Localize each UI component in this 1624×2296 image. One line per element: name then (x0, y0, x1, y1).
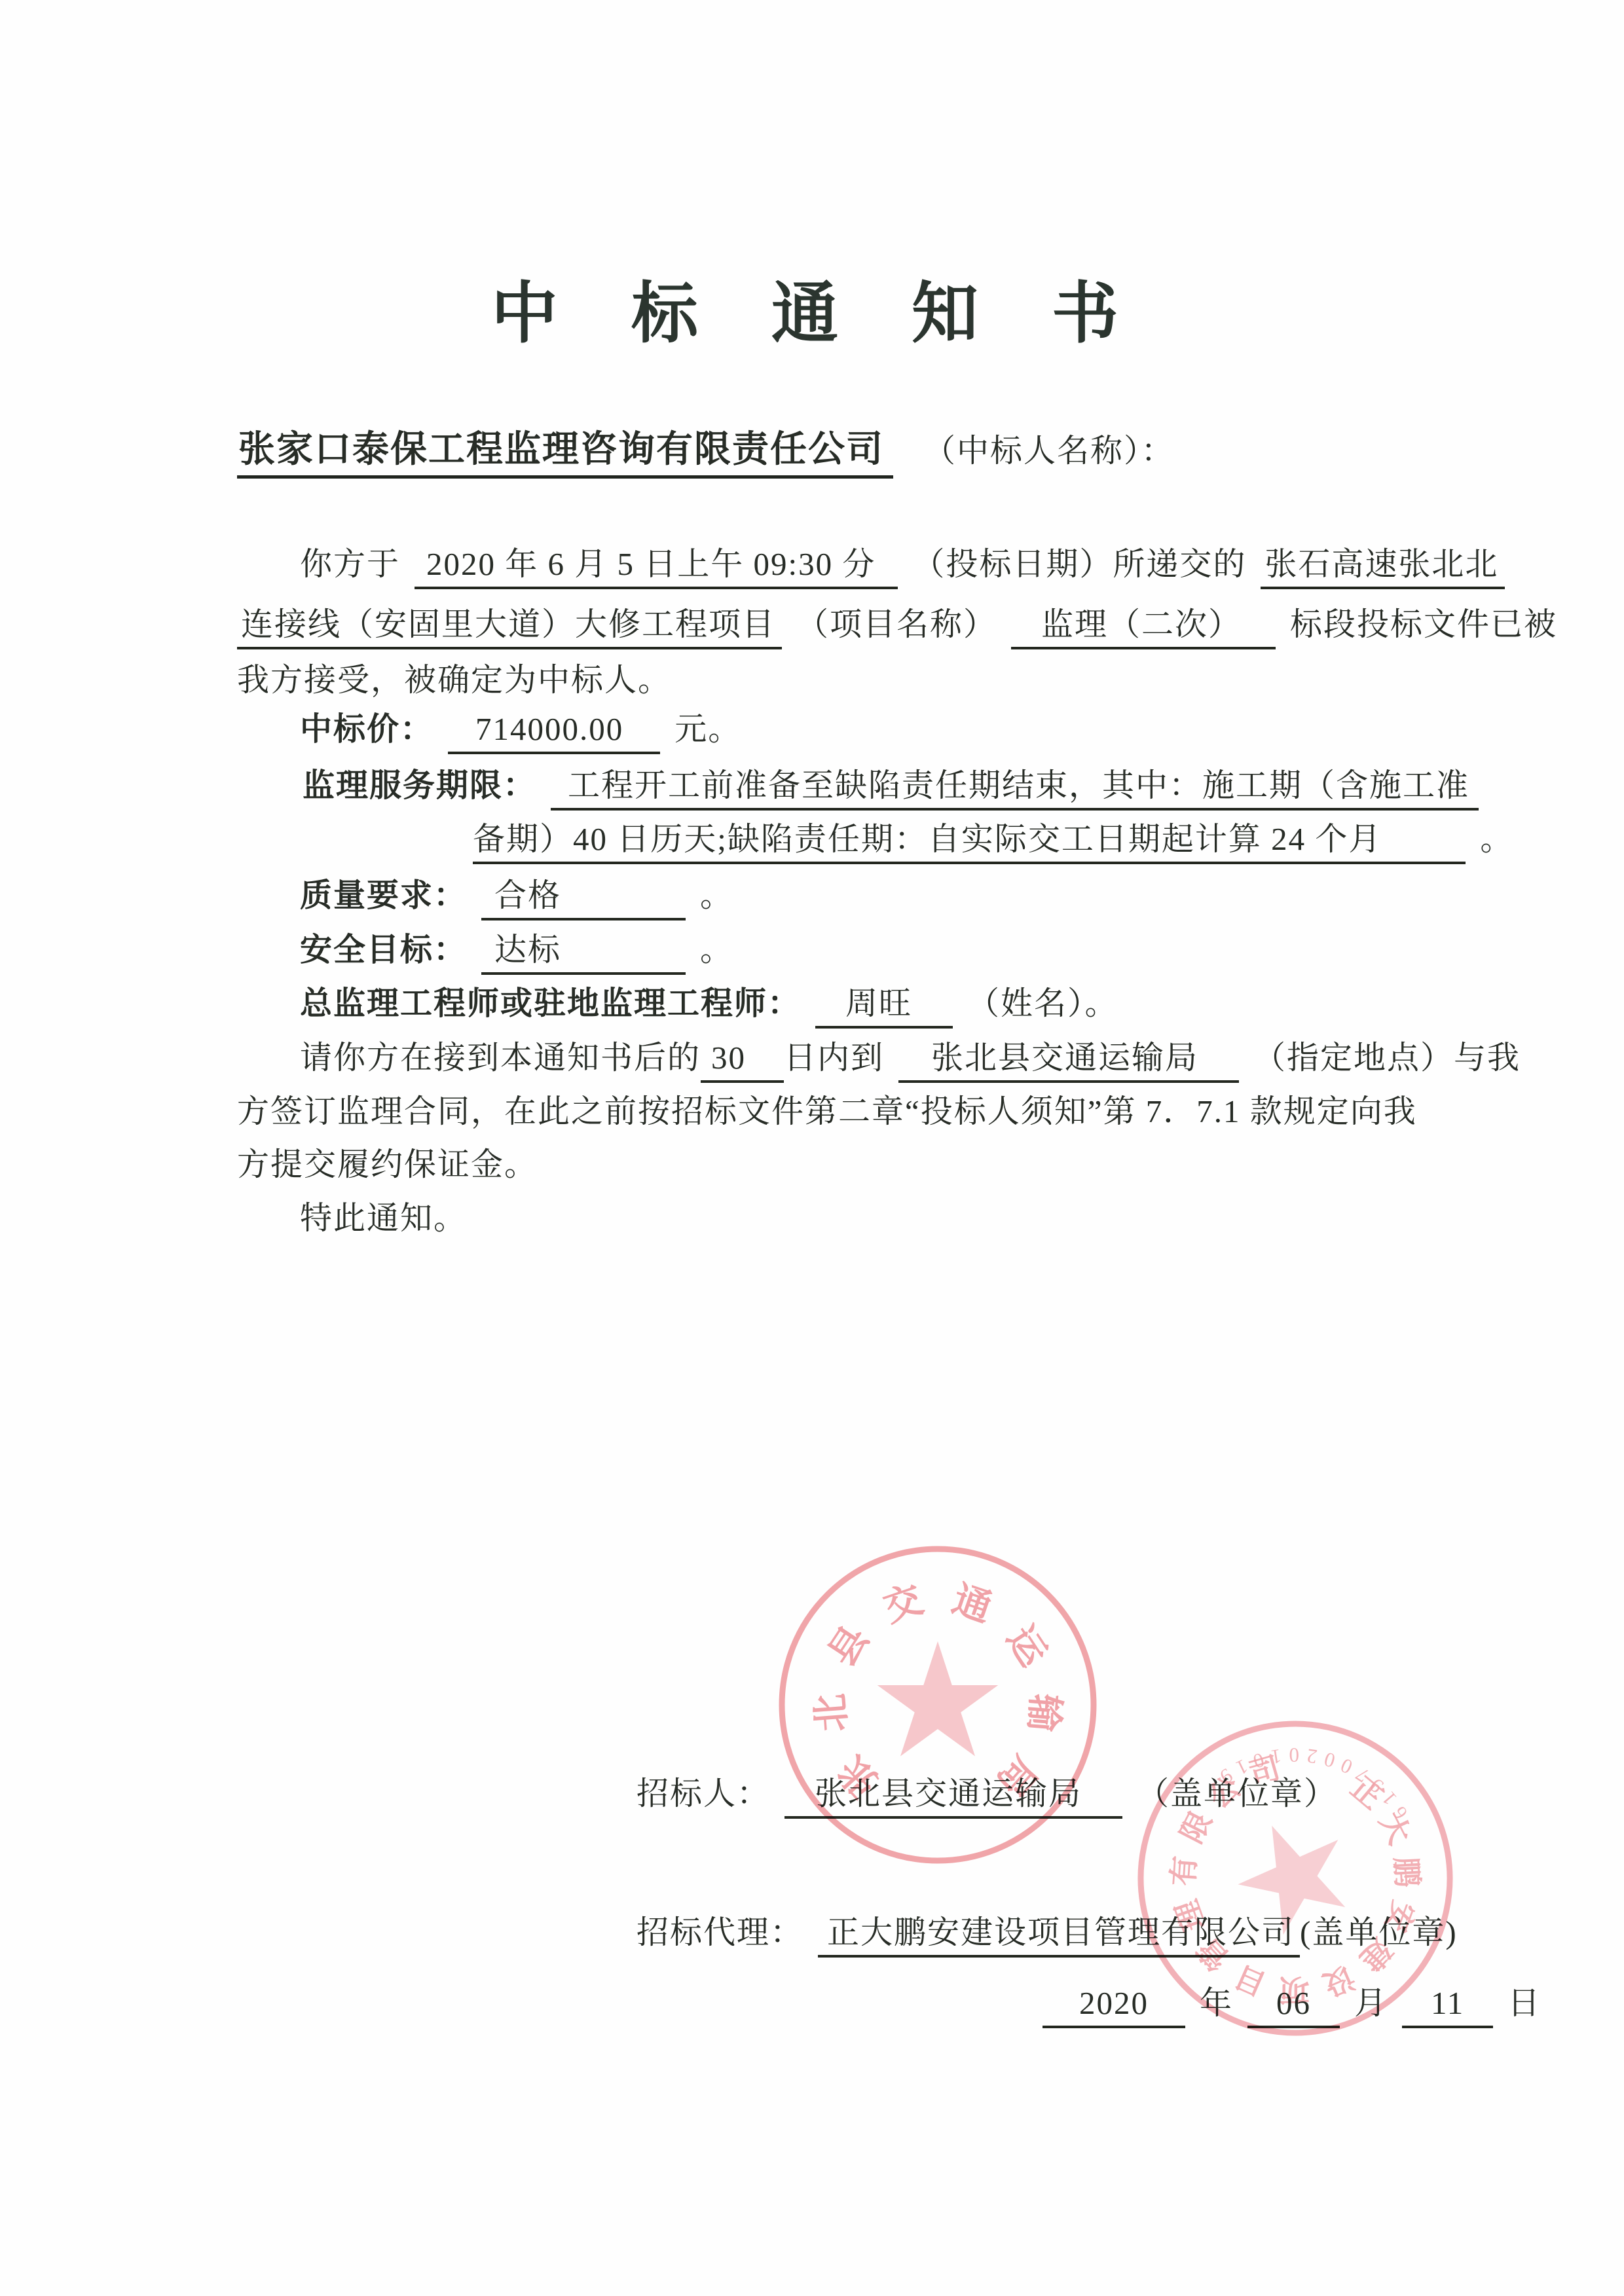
svg-text:0: 0 (1321, 1747, 1338, 1772)
safety-label: 安全目标： (300, 932, 467, 968)
svg-text:7: 7 (1352, 1762, 1373, 1787)
date-month: 06 (1247, 1985, 1340, 2028)
svg-text:大: 大 (1373, 1808, 1416, 1850)
date-year: 2020 (1043, 1985, 1185, 2028)
date-month-unit: 月 (1354, 1985, 1388, 2021)
svg-text:0: 0 (1251, 1748, 1267, 1773)
quality-suffix: 。 (700, 877, 733, 913)
award-notice-document: 中标通知书 张家口泰保工程监理咨询有限责任公司（中标人名称）： 你方于2020 … (0, 0, 1624, 2296)
notice-line1: 请你方在接到本通知书后的30日内到张北县交通运输局（指定地点）与我 (300, 1036, 1521, 1081)
safety-line: 安全目标：达标。 (300, 928, 733, 973)
svg-text:2: 2 (1306, 1744, 1319, 1768)
svg-text:1: 1 (1377, 1787, 1401, 1810)
svg-text:交: 交 (878, 1578, 928, 1630)
price-value: 714000.00 (448, 711, 660, 754)
service-period-label: 监理服务期限： (303, 767, 536, 803)
section-name: 监理（二次） (1011, 606, 1276, 649)
svg-text:6: 6 (1387, 1803, 1412, 1824)
quality-value: 合格 (481, 877, 686, 920)
notice-pre: 请你方在接到本通知书后的 (300, 1040, 701, 1076)
tenderer-name: 张北县交通运输局 (784, 1776, 1122, 1819)
agent-label: 招标代理： (637, 1914, 803, 1950)
svg-text:县: 县 (821, 1618, 877, 1673)
notice-line2: 方签订监理合同，在此之前按招标文件第二章“投标人须知”第 7．7.1 款规定向我 (237, 1089, 1417, 1135)
agent-seal-note: (盖单位章) (1300, 1914, 1458, 1950)
agent-line: 招标代理：正大鹏安建设项目管理有限公司(盖单位章) (637, 1910, 1458, 1956)
svg-text:正: 正 (1344, 1770, 1389, 1815)
price-line: 中标价：714000.00元。 (300, 707, 741, 752)
recipient-line: 张家口泰保工程监理咨询有限责任公司（中标人名称）： (237, 424, 1175, 475)
date-day-unit: 日 (1507, 1985, 1541, 2021)
price-suffix: 元。 (674, 711, 741, 747)
notice-place: 张北县交通运输局 (898, 1040, 1239, 1083)
quality-label: 质量要求： (300, 877, 467, 913)
date-day: 11 (1402, 1985, 1493, 2028)
notice-line3: 方提交履约保证金。 (237, 1142, 538, 1188)
notice-mid: 日内到 (784, 1040, 884, 1076)
para1-after-section: 标段投标文件已被 (1290, 606, 1557, 642)
engineer-label: 总监理工程师或驻地监理工程师： (300, 985, 801, 1021)
winner-company-name: 张家口泰保工程监理咨询有限责任公司 (237, 429, 893, 479)
para1-line2: 连接线（安固里大道）大修工程项目（项目名称）监理（二次）标段投标文件已被 (237, 602, 1557, 647)
date-year-unit: 年 (1200, 1985, 1233, 2021)
svg-text:运: 运 (999, 1618, 1056, 1674)
notice-days: 30 (701, 1040, 784, 1083)
engineer-name: 周旺 (815, 985, 953, 1029)
svg-text:输: 输 (1022, 1692, 1067, 1734)
notice-post: （指定地点）与我 (1253, 1040, 1521, 1076)
svg-text:0: 0 (1337, 1754, 1356, 1779)
svg-text:9: 9 (1365, 1774, 1388, 1798)
svg-text:有: 有 (1166, 1855, 1202, 1887)
project-label: （项目名称） (796, 606, 997, 642)
price-label: 中标价： (300, 711, 434, 747)
service-period-line2: 备期）40 日历天;缺陷责任期：自实际交工日期起计算 24 个月。 (473, 817, 1513, 862)
safety-suffix: 。 (700, 932, 733, 968)
engineer-suffix: （姓名）。 (967, 985, 1118, 1021)
bid-datetime: 2020 年 6 月 5 日上午 09:30 分 (415, 546, 898, 589)
agent-name: 正大鹏安建设项目管理有限公司 (818, 1914, 1300, 1958)
engineer-line: 总监理工程师或驻地监理工程师：周旺（姓名）。 (300, 981, 1118, 1027)
document-title: 中标通知书 (0, 261, 1624, 356)
tenderer-label: 招标人： (637, 1776, 770, 1812)
bid-date-label: （投标日期）所递交的 (912, 546, 1246, 582)
tenderer-line: 招标人：张北县交通运输局（盖单位章） (637, 1772, 1337, 1817)
project-name-part1: 张石高速张北北 (1261, 546, 1505, 589)
svg-text:0: 0 (1289, 1743, 1299, 1766)
date-line: 2020年06月11日 (1043, 1981, 1541, 2026)
service-period-suffix: 。 (1480, 821, 1513, 857)
para1-line1: 你方于2020 年 6 月 5 日上午 09:30 分（投标日期）所递交的张石高… (300, 542, 1505, 587)
quality-line: 质量要求：合格。 (300, 873, 733, 919)
seal-star-icon (877, 1641, 999, 1756)
svg-text:鹏: 鹏 (1389, 1856, 1424, 1888)
svg-text:通: 通 (948, 1578, 997, 1630)
recipient-label: （中标人名称）： (923, 433, 1175, 469)
svg-text:1: 1 (1270, 1745, 1283, 1769)
service-period-line1: 监理服务期限：工程开工前准备至缺陷责任期结束，其中：施工期（含施工准 (303, 763, 1479, 809)
service-period-value2: 备期）40 日历天;缺陷责任期：自实际交工日期起计算 24 个月 (473, 821, 1466, 864)
service-period-value1: 工程开工前准备至缺陷责任期结束，其中：施工期（含施工准 (551, 767, 1479, 811)
tenderer-seal-note: （盖单位章） (1137, 1776, 1337, 1812)
closing-line: 特此通知。 (300, 1196, 467, 1241)
project-name-part2: 连接线（安固里大道）大修工程项目 (237, 606, 782, 649)
safety-value: 达标 (481, 932, 686, 975)
para1-line3: 我方接受，被确定为中标人。 (237, 658, 671, 703)
svg-text:北: 北 (809, 1692, 854, 1734)
para1-lead: 你方于 (300, 546, 400, 582)
